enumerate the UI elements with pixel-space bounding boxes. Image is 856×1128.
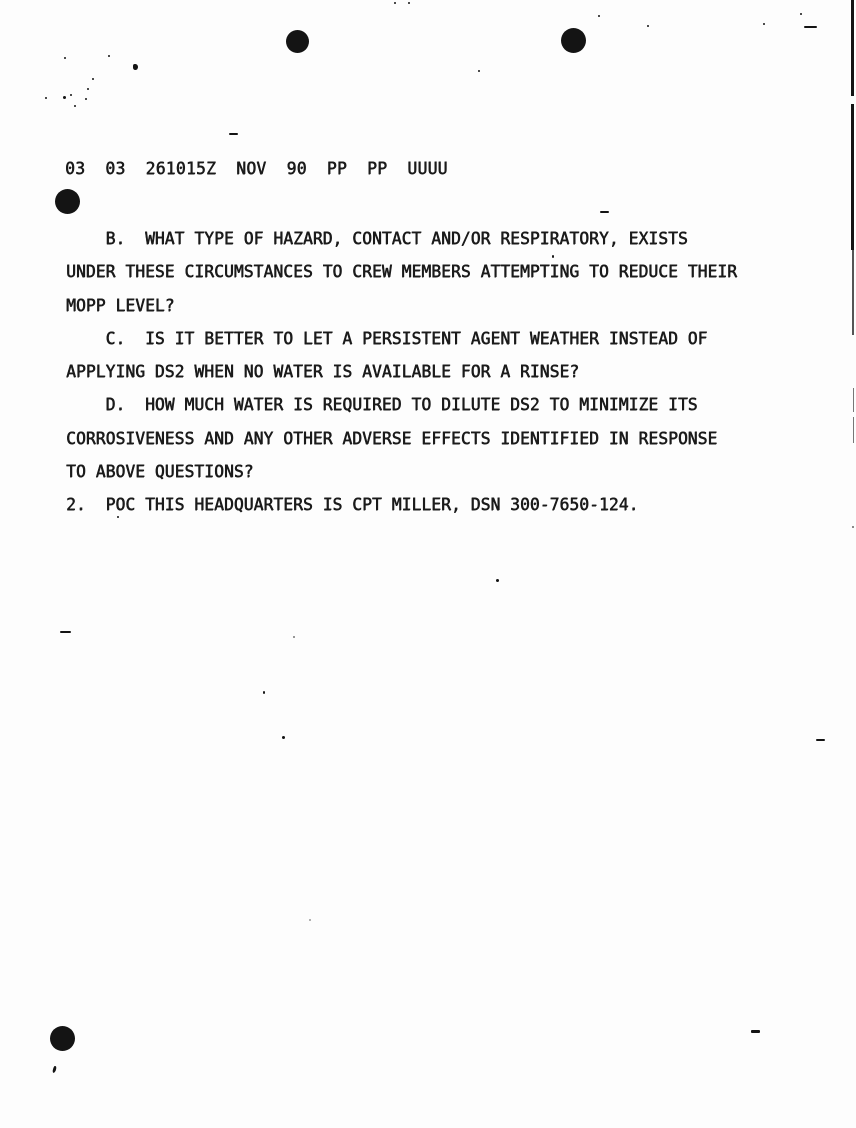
scan-dot-mark	[45, 97, 47, 99]
scanned-document-page: 03 03 261015Z NOV 90 PP PP UUUU B. WHAT …	[0, 0, 856, 1128]
body-line-question-c-2: APPLYING DS2 WHEN NO WATER IS AVAILABLE …	[66, 355, 737, 388]
scan-dash-mark	[229, 133, 238, 135]
scan-comma-mark	[52, 1066, 57, 1074]
scan-dot-mark	[85, 98, 87, 100]
body-line-question-c-1: C. IS IT BETTER TO LET A PERSISTENT AGEN…	[66, 322, 737, 355]
scan-dot-mark	[70, 94, 72, 96]
message-body: B. WHAT TYPE OF HAZARD, CONTACT AND/OR R…	[66, 222, 737, 521]
scan-dot-mark	[63, 96, 66, 99]
body-line-question-d-2: CORROSIVENESS AND ANY OTHER ADVERSE EFFE…	[66, 422, 737, 455]
body-line-question-b-1: B. WHAT TYPE OF HAZARD, CONTACT AND/OR R…	[66, 222, 737, 255]
scan-dot-mark	[87, 88, 89, 90]
scan-blob-mark	[133, 64, 138, 70]
scan-dot-mark	[394, 2, 396, 4]
scan-dot-mark	[763, 23, 765, 25]
scan-dot-mark	[852, 526, 854, 528]
scan-vline-mark	[853, 417, 854, 443]
scan-dot-mark	[74, 105, 76, 107]
punch-dot-mark	[55, 189, 80, 214]
scan-dot-mark	[282, 736, 285, 739]
scan-dot-mark	[309, 919, 311, 921]
body-line-question-b-2: UNDER THESE CIRCUMSTANCES TO CREW MEMBER…	[66, 255, 737, 288]
punch-dot-mark	[286, 30, 309, 53]
scan-vline-mark	[851, 104, 854, 250]
scan-dash-mark	[751, 1030, 760, 1033]
message-header-line: 03 03 261015Z NOV 90 PP PP UUUU	[65, 159, 448, 179]
punch-dot-mark	[50, 1026, 75, 1051]
scan-dot-mark	[263, 691, 265, 694]
scan-dot-mark	[598, 15, 600, 17]
punch-dot-mark	[561, 28, 586, 53]
scan-dash-mark	[600, 211, 609, 213]
body-line-question-d-3: TO ABOVE QUESTIONS?	[66, 455, 737, 488]
scan-vline-mark	[851, 0, 854, 96]
scan-dot-mark	[800, 13, 802, 15]
scan-dash-mark	[60, 631, 71, 633]
scan-vline-mark	[853, 388, 854, 412]
scan-dot-mark	[496, 579, 499, 582]
scan-dot-mark	[408, 2, 410, 4]
scan-vline-mark	[852, 250, 854, 335]
scan-dash-mark	[804, 26, 817, 28]
scan-dot-mark	[293, 636, 295, 638]
body-line-poc: 2. POC THIS HEADQUARTERS IS CPT MILLER, …	[66, 488, 737, 521]
scan-dot-mark	[108, 55, 110, 57]
scan-dash-mark	[816, 739, 825, 741]
body-line-question-d-1: D. HOW MUCH WATER IS REQUIRED TO DILUTE …	[66, 388, 737, 421]
body-line-question-b-3: MOPP LEVEL?	[66, 289, 737, 322]
scan-dot-mark	[478, 70, 480, 72]
scan-dot-mark	[647, 25, 649, 27]
scan-dot-mark	[92, 78, 94, 80]
scan-dot-mark	[64, 57, 66, 59]
